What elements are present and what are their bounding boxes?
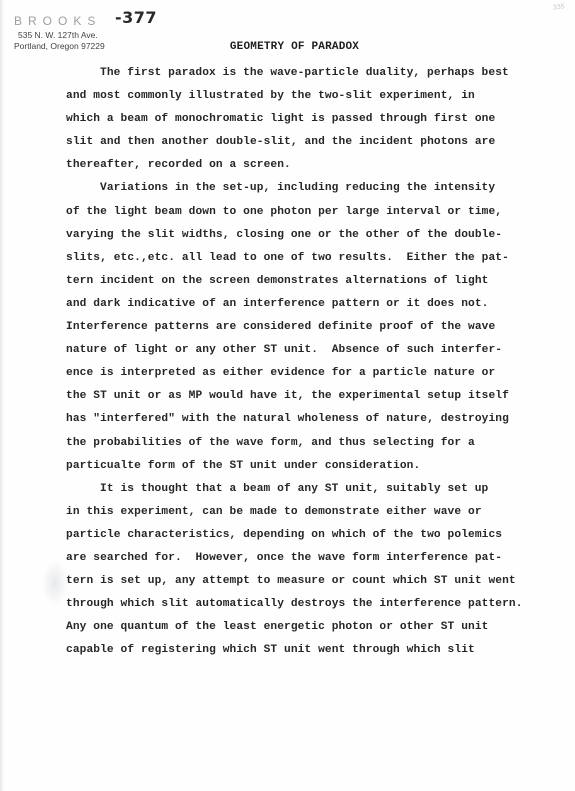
text-line: tern incident on the screen demonstrates… xyxy=(66,270,566,293)
text-line: and most commonly illustrated by the two… xyxy=(66,85,566,108)
document-body: The first paradox is the wave-particle d… xyxy=(66,62,566,662)
text-line: tern is set up, any attempt to measure o… xyxy=(66,570,566,593)
text-line: varying the slit widths, closing one or … xyxy=(66,224,566,247)
text-line: ence is interpreted as either evidence f… xyxy=(66,362,566,385)
text-line: Interference patterns are considered def… xyxy=(66,316,566,339)
text-line: slit and then another double-slit, and t… xyxy=(66,131,566,154)
document-page: BROOKS -377 535 N. W. 127th Ave. Portlan… xyxy=(0,0,575,791)
text-line: has "interfered" with the natural wholen… xyxy=(66,408,566,431)
document-title: GEOMETRY OF PARADOX xyxy=(0,41,575,53)
scan-smudge xyxy=(42,560,68,606)
text-line: capable of registering which ST unit wen… xyxy=(66,639,566,662)
text-line: in this experiment, can be made to demon… xyxy=(66,501,566,524)
text-line: thereafter, recorded on a screen. xyxy=(66,154,566,177)
document-number: -377 xyxy=(115,8,157,27)
faint-corner-mark: 335 xyxy=(553,3,566,12)
text-line: the probabilities of the wave form, and … xyxy=(66,432,566,455)
scan-edge-shadow xyxy=(0,0,4,791)
text-line: The first paradox is the wave-particle d… xyxy=(66,62,566,85)
text-line: through which slit automatically destroy… xyxy=(66,593,566,616)
text-line: nature of light or any other ST unit. Ab… xyxy=(66,339,566,362)
text-line: which a beam of monochromatic light is p… xyxy=(66,108,566,131)
stamp-name: BROOKS xyxy=(14,15,101,28)
text-line: the ST unit or as MP would have it, the … xyxy=(66,385,566,408)
text-line: slits, etc.,etc. all lead to one of two … xyxy=(66,247,566,270)
text-line: are searched for. However, once the wave… xyxy=(66,547,566,570)
text-line: Any one quantum of the least energetic p… xyxy=(66,616,566,639)
stamp-address-street: 535 N. W. 127th Ave. xyxy=(18,30,105,41)
text-line: particualte form of the ST unit under co… xyxy=(66,455,566,478)
text-line: It is thought that a beam of any ST unit… xyxy=(66,478,566,501)
text-line: and dark indicative of an interference p… xyxy=(66,293,566,316)
text-line: Variations in the set-up, including redu… xyxy=(66,177,566,200)
text-line: particle characteristics, depending on w… xyxy=(66,524,566,547)
text-line: of the light beam down to one photon per… xyxy=(66,201,566,224)
